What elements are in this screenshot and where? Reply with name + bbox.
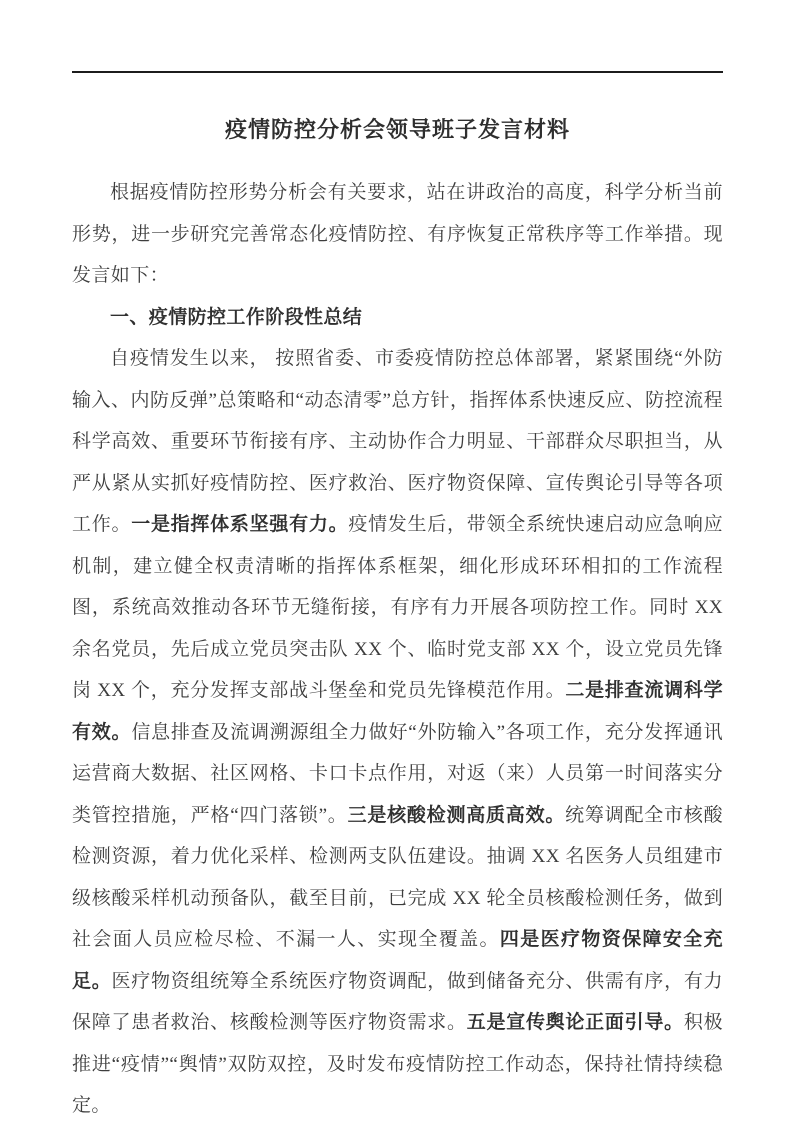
paragraph: 根据疫情防控形势分析会有关要求，站在讲政治的高度，科学分析当前形势，进一步研究完… [72, 172, 723, 297]
header-rule [72, 71, 723, 73]
document-title: 疫情防控分析会领导班子发言材料 [72, 115, 723, 145]
bold-text-run: 三是核酸检测高质高效。 [348, 805, 566, 826]
text-run: 疫情发生后，带领全系统快速启动应急响应机制，建立健全权责清晰的指挥体系框架，细化… [72, 514, 723, 701]
text-run: 自疫情发生以来， 按照省委、市委疫情防控总体部署，紧紧围绕“外防输入、内防反弹”… [72, 348, 723, 535]
paragraph: 自疫情发生以来， 按照省委、市委疫情防控总体部署，紧紧围绕“外防输入、内防反弹”… [72, 338, 723, 1122]
bold-text-run: 五是宣传舆论正面引导。 [467, 1012, 684, 1033]
bold-text-run: 一、疫情防控工作阶段性总结 [110, 307, 362, 328]
section-heading: 一、疫情防控工作阶段性总结 [72, 297, 723, 339]
text-run: 根据疫情防控形势分析会有关要求，站在讲政治的高度，科学分析当前形势，进一步研究完… [72, 182, 723, 286]
document-body: 根据疫情防控形势分析会有关要求，站在讲政治的高度，科学分析当前形势，进一步研究完… [72, 172, 723, 1122]
document-page: 疫情防控分析会领导班子发言材料 根据疫情防控形势分析会有关要求，站在讲政治的高度… [0, 0, 793, 1122]
bold-text-run: 一是指挥体系坚强有力。 [131, 514, 348, 535]
